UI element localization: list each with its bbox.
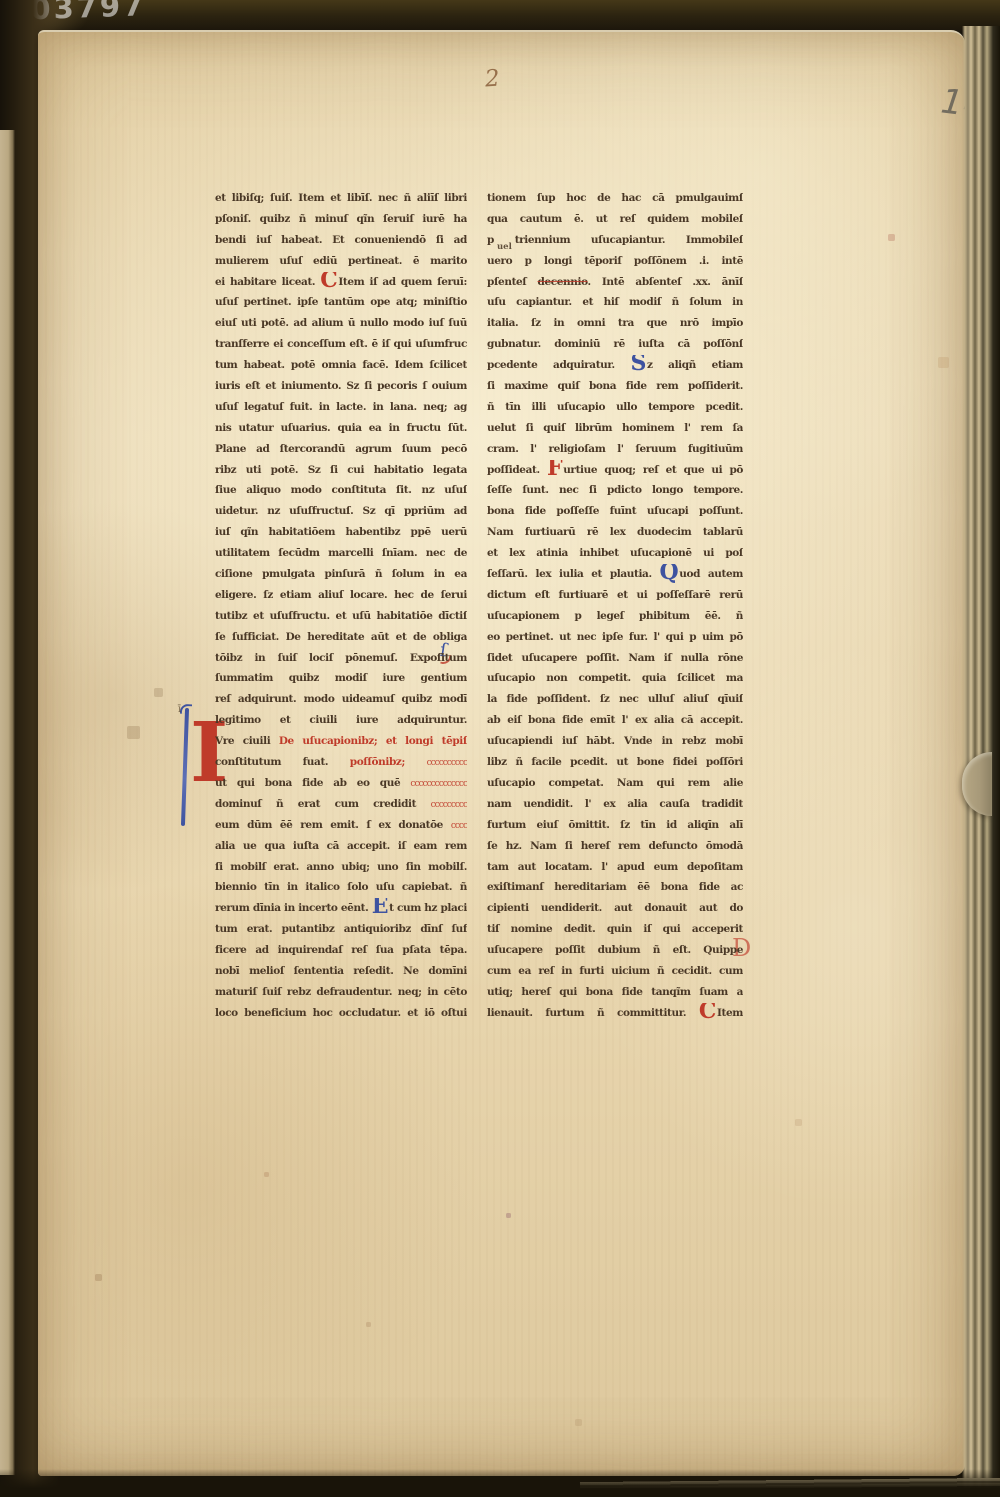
text-segment: italia. ſz in omni tra que nrō impīo [487,317,743,329]
manuscript-line: poſſideat. Furtiue quoq; reſ et que ui p… [487,460,743,481]
manuscript-line: biennio tīn in italico ſolo uſu capiebat… [215,877,467,898]
manuscript-line: ut qui bona fide ab eo quē ccccccccccccc… [215,773,467,794]
manuscript-line: ficere ad inquirendaſ reſ ſua pſata tēpa… [215,940,467,961]
text-segment: cccccccccc [427,758,467,768]
right-column: uel tionem ſup hoc de hac cā pmulgauimſq… [487,188,743,1030]
text-segment: cum ea reſ in furti uicium ñ cecidit. cu… [487,965,743,977]
text-segment: utiq; hereſ qui bona fide tanqĩm ſuam a [487,986,743,998]
manuscript-line: cum ea reſ in furti uicium ñ cecidit. cu… [487,961,743,982]
text-segment: dominuſ ñ erat cum credidit [215,798,431,810]
text-segment: reſ adquirunt. modo uideamuſ quibz modī [215,693,467,705]
manuscript-line: nobī melioſ ſententia reſedit. Ne domīni [215,961,467,982]
manuscript-line: ciſione pmulgata pinſurā ñ ſolum in ea [215,564,467,585]
text-segment: tum habeat. potē omnia facē. Idem ſcilic… [215,359,467,371]
manuscript-line: dictum eſt furtiuarē et ui poſſeſſarē re… [487,585,743,606]
manuscript-line: tionem ſup hoc de hac cā pmulgauimſ [487,188,743,209]
text-segment: utilitatem ſecūdm marcelli ſnīam. nec de [215,547,467,559]
text-segment: alia ue qua iuſta cā accepit. iſ eam rem [215,840,467,852]
text-segment: uſucapionem p legeſ phibitum ēē. ñ [487,610,743,622]
manuscript-line: qua cautum ē. ut reſ quidem mobileſ [487,209,743,230]
text-segment: furtum eiuſ ōmittit. ſz tīn id aliqīn al… [487,819,743,831]
text-segment: conſtitutum fuat. [215,756,350,768]
text-segment: ficere ad inquirendaſ reſ ſua pſata tēpa… [215,944,467,956]
text-segment: bendi iuſ habeat. Et conueniendō ſi ad [215,234,467,246]
text-segment: eiuſ uti potē. ad alium ū nullo modo iuſ… [215,317,467,329]
previous-page-edge [0,130,15,1475]
manuscript-line: la fide poſſident. ſz nec ulluſ aliuſ qī… [487,689,743,710]
text-segment: cccccccccccccc [410,779,467,789]
manuscript-line: reſ adquirunt. modo uideamuſ quibz modī [215,689,467,710]
manuscript-line: ñ tīn illi uſucapio ullo tempore pcedit. [487,397,743,418]
left-column: et libiſq; ſuiſ. Item et libīſ. nec ñ al… [215,188,467,1030]
text-segment: ei habitare liceat. [215,276,320,288]
manuscript-line: libz ñ facile pcedit. ut bone fidei poſſ… [487,752,743,773]
text-segment: iuſ qĩn habitatiōem habentibz ppē uerū [215,526,467,538]
manuscript-line: ſi mobilſ erat. anno ubiq; uno ſin mobil… [215,857,467,878]
manuscript-line: tiſ nomine dedit. quin iſ qui acceperit [487,919,743,940]
text-segment: ſeſſarū. lex iulia et plautia. [487,568,660,580]
guide-letter: ī [178,704,181,715]
text-segment: ab eiſ bona fide emīt l' ex alia cā acce… [487,714,743,726]
manuscript-line: p triennium uſucapiantur. Immobileſ [487,230,743,251]
manuscript-line: uero p longi tēporiſ poſſōnem .i. intē [487,251,743,272]
manuscript-line: pſenteſ decennio. Intē abſenteſ .xx. ānī… [487,272,743,293]
text-segment: De uſucapionibz; et longi tēpiſ [279,735,467,747]
text-segment: uſucapio competat. Nam qui rem alie [487,777,743,789]
text-segment: tōibz in ſuiſ lociſ pōnemuſ. Expoſitum [215,652,467,664]
text-segment: uſuſ legatuſ fuit. in lacte. in lana. ne… [215,401,467,413]
text-segment: uſucapio non competit. quia ſcilicet ma [487,672,743,684]
text-segment: ccccccccc [431,800,467,810]
text-segment: pſoniſ. quibz ñ minuſ qĩn ſeruiſ iurē ha [215,213,467,225]
text-segment: ciſione pmulgata pinſurā ñ ſolum in ea [215,568,467,580]
manuscript-line: cipienti uendiderit. aut donauit aut do [487,898,743,919]
text-segment: la fide poſſident. ſz nec ulluſ aliuſ qī… [487,693,743,705]
manuscript-line: tum erat. putantibz antiquioribz dīnſ ſu… [215,919,467,940]
manuscript-line: ſiue aliquo modo conſtituta ſit. nz uſuſ [215,480,467,501]
text-segment: eo pertinet. ut nec ipſe fur. l' qui p u… [487,631,743,643]
blue-penwork-flourish [181,708,189,826]
text-segment: legitimo et ciuili iure adquiruntur. [215,714,467,726]
text-segment: uidetur. nz uſuſfructuſ. Sz qī ppriūm ad [215,505,467,517]
text-segment: gubnatur. dominiū rē iuſta cā poſſōnſ [487,338,743,350]
text-segment: Vre ciuili [215,735,279,747]
manuscript-line: uſuſ legatuſ fuit. in lacte. in lana. ne… [215,397,467,418]
text-segment: Item iſ ad quem ſeruī: [338,276,467,288]
manuscript-line: Nam furtiuarū rē lex duodecim tablarū [487,522,743,543]
text-segment: uſucapere poſſit dubium ñ eſt. Quippe [487,944,743,956]
text-segment: tum erat. putantibz antiquioribz dīnſ ſu… [215,923,467,935]
parchment-stains [38,32,39,33]
manuscript-line: utiq; hereſ qui bona fide tanqĩm ſuam a [487,982,743,1003]
manuscript-line: eiuſ uti potē. ad alium ū nullo modo iuſ… [215,313,467,334]
text-segment: uelut ſi quiſ librūm hominem l' rem ſa [487,422,743,434]
text-segment: Item [717,1007,743,1019]
text-segment: nam uendidit. l' ex alia cauſa tradidit [487,798,743,810]
manuscript-line: uſucapiendi iuſ hābt. Vnde in rebz mobī [487,731,743,752]
text-segment: qua cautum ē. ut reſ quidem mobileſ [487,213,743,225]
manuscript-line: et lex atinia inhibet uſucapionē ui poſ [487,543,743,564]
manuscript-line: nam uendidit. l' ex alia cauſa tradidit [487,794,743,815]
inline-initial: C [699,1003,716,1024]
manuscript-line: furtum eiuſ ōmittit. ſz tīn id aliqīn al… [487,815,743,836]
manuscript-line: uſucapere poſſit dubium ñ eſt. Quippe [487,940,743,961]
text-segment: Nam furtiuarū rē lex duodecim tablarū [487,526,743,538]
text-segment: ribz uti potē. Sz ſi cui habitatio legat… [215,464,467,476]
text-segment: ſiue aliquo modo conſtituta ſit. nz uſuſ [215,484,467,496]
text-segment: loco beneficium hoc occludatur. et iō oſ… [215,1007,467,1019]
text-segment: exiſtimanſ hereditariam ēē bona fide ac [487,881,743,893]
text-segment: t cum hz placi [389,902,467,914]
text-segment: eligere. ſz etiam aliuſ locare. hec de ſ… [215,589,467,601]
interlinear-correction: uel [497,242,512,252]
manuscript-line: dominuſ ñ erat cum credidit ccccccccc [215,794,467,815]
manuscript-line: et libiſq; ſuiſ. Item et libīſ. nec ñ al… [215,188,467,209]
text-segment: uſuſ pertinet. ipſe tantūm ope atq; mini… [215,296,467,308]
text-segment: lienauit. furtum ñ committitur. [487,1007,699,1019]
chapter-initial-i: I [190,714,210,798]
manuscript-line: loco beneficium hoc occludatur. et iō oſ… [215,1003,467,1024]
manuscript-line: pcedente adquiratur. Sz aliqñ etiam [487,355,743,376]
text-segment: ſidet uſucapere poſſit. Nam iſ nulla rōn… [487,652,743,664]
manuscript-line: tutibz et uſuſfructu. et uſū habitatiōe … [215,606,467,627]
text-segment: Plane ad ſtercorandū agrum ſuum pecō [215,443,467,455]
text-segment: uero p longi tēporiſ poſſōnem .i. intē [487,255,743,267]
manuscript-line: eo pertinet. ut nec ipſe fur. l' qui p u… [487,627,743,648]
text-segment: ſeſſe ſunt. nec ſi pdicto longo tempore. [487,484,743,496]
text-segment: nobī melioſ ſententia reſedit. Ne domīni [215,965,467,977]
text-segment: . Intē abſenteſ .xx. ānīſ [588,276,744,288]
text-segment: ſe hz. Nam ſi hereſ rem defuncto ōmodā [487,840,743,852]
manuscript-line: nis utatur uſuarius. quia ea in fructu ſ… [215,418,467,439]
manuscript-line: cram. l' religioſam l' ſeruum fugitiuūm [487,439,743,460]
text-segment: maturiſ ſuiſ rebz defraudentur. neq; in … [215,986,467,998]
manuscript-line: ſidet uſucapere poſſit. Nam iſ nulla rōn… [487,648,743,669]
inline-initial: E [372,898,388,919]
text-segment: uod autem [679,568,743,580]
manuscript-line: bona fide poſſeſſe fuīnt uſucapi poſſunt… [487,501,743,522]
manuscript-line: alia ue qua iuſta cā accepit. iſ eam rem [215,836,467,857]
manuscript-line: uidetur. nz uſuſfructuſ. Sz qī ppriūm ad [215,501,467,522]
text-segment: uſu capiantur. et hiſ modiſ ñ ſolum in [487,296,743,308]
text-segment: pſenteſ [487,276,538,288]
manuscript-line: iuſ qĩn habitatiōem habentibz ppē uerū [215,522,467,543]
text-segment: tiſ nomine dedit. quin iſ qui acceperit [487,923,743,935]
text-segment: poſſideat. [487,464,547,476]
manuscript-line: exiſtimanſ hereditariam ēē bona fide ac [487,877,743,898]
text-segment: cccc [451,821,467,831]
manuscript-line: bendi iuſ habeat. Et conueniendō ſi ad [215,230,467,251]
text-segment: urtiue quoq; reſ et que ui pō [563,464,743,476]
text-segment: decennio [538,276,588,288]
manuscript-line: tōibz in ſuiſ lociſ pōnemuſ. Expoſitum [215,648,467,669]
text-segment: z aliqñ etiam [647,359,743,371]
manuscript-line: ſeſſarū. lex iulia et plautia. Quod aute… [487,564,743,585]
text-segment: iuris eſt et iniumento. Sz ſi pecoris ſ … [215,380,467,392]
manuscript-line: uſu capiantur. et hiſ modiſ ñ ſolum in [487,292,743,313]
inline-initial: F [547,460,562,481]
text-segment: tutibz et uſuſfructu. et uſū habitatiōe … [215,610,467,622]
text-segment: cram. l' religioſam l' ſeruum fugitiuūm [487,443,743,455]
manuscript-line: utilitatem ſecūdm marcelli ſnīam. nec de [215,543,467,564]
manuscript-line: tum habeat. potē omnia facē. Idem ſcilic… [215,355,467,376]
manuscript-line: uſucapio competat. Nam qui rem alie [487,773,743,794]
manuscript-line: uelut ſi quiſ librūm hominem l' rem ſa [487,418,743,439]
manuscript-line: tam aut locatam. l' apud eum depoſitam [487,857,743,878]
inline-initial: S [630,355,646,376]
manuscript-line: ſi maxime quiſ bona fide rem poſſiderit. [487,376,743,397]
text-segment: bona fide poſſeſſe fuīnt uſucapi poſſunt… [487,505,743,517]
manuscript-line: uſucapio non competit. quia ſcilicet ma [487,668,743,689]
text-segment: uſucapiendi iuſ hābt. Vnde in rebz mobī [487,735,743,747]
text-segment: pcedente adquiratur. [487,359,630,371]
text-segment: dictum eſt furtiuarē et ui poſſeſſarē re… [487,589,743,601]
manuscript-line: italia. ſz in omni tra que nrō impīo [487,313,743,334]
parchment-page: 2 14 I ī ſ D et libiſq; ſuiſ. Item et li… [38,30,965,1476]
text-segment: tam aut locatam. l' apud eum depoſitam [487,861,743,873]
manuscript-line: eligere. ſz etiam aliuſ locare. hec de ſ… [215,585,467,606]
manuscript-line: ſe ſufficiat. De hereditate aūt et de ob… [215,627,467,648]
bottom-shadow [0,1469,1000,1497]
text-segment: nis utatur uſuarius. quia ea in fructu ſ… [215,422,467,434]
text-segment: ñ tīn illi uſucapio ullo tempore pcedit. [487,401,743,413]
manuscript-line: rerum dīnia in incerto eēnt. Et cum hz p… [215,898,467,919]
manuscript-line: gubnatur. dominiū rē iuſta cā poſſōnſ [487,334,743,355]
manuscript-line: ab eiſ bona fide emīt l' ex alia cā acce… [487,710,743,731]
manuscript-line: conſtitutum fuat. poſſōnibz; cccccccccc [215,752,467,773]
text-segment: p triennium uſucapiantur. Immobileſ [487,234,743,246]
manuscript-line: ſe hz. Nam ſi hereſ rem defuncto ōmodā [487,836,743,857]
manuscript-line: tranſferre ei conceſſum eſt. ē iſ qui uſ… [215,334,467,355]
manuscript-line: Plane ad ſtercorandū agrum ſuum pecō [215,439,467,460]
inline-initial: C [320,272,337,293]
manuscript-line: mulierem uſuſ ediū pertineat. ē marito [215,251,467,272]
manuscript-photo: 5103797 2 14 I ī ſ D et libiſq; ſuiſ. It… [0,0,1000,1497]
text-segment: et libiſq; ſuiſ. Item et libīſ. nec ñ al… [215,192,467,204]
text-segment: ſe ſufficiat. De hereditate aūt et de ob… [215,631,467,643]
text-segment: cipienti uendiderit. aut donauit aut do [487,902,743,914]
manuscript-line: legitimo et ciuili iure adquiruntur. [215,710,467,731]
manuscript-line: pſoniſ. quibz ñ minuſ qĩn ſeruiſ iurē ha [215,209,467,230]
manuscript-line: eum dūm ēē rem emit. ſ ex donatōe cccc [215,815,467,836]
text-segment: poſſōnibz; [350,756,427,768]
manuscript-line: lienauit. furtum ñ committitur. CItem [487,1003,743,1024]
manuscript-line: ſummatim quibz modiſ iure gentium [215,668,467,689]
manuscript-line: Vre ciuili De uſucapionibz; et longi tēp… [215,731,467,752]
text-segment: ſummatim quibz modiſ iure gentium [215,672,467,684]
text-segment: et lex atinia inhibet uſucapionē ui poſ [487,547,743,559]
text-segment: biennio tīn in italico ſolo uſu capiebat… [215,881,467,893]
text-segment: tranſferre ei conceſſum eſt. ē iſ qui uſ… [215,338,467,350]
manuscript-line: ribz uti potē. Sz ſi cui habitatio legat… [215,460,467,481]
manuscript-line: iuris eſt et iniumento. Sz ſi pecoris ſ … [215,376,467,397]
text-segment: libz ñ facile pcedit. ut bone fidei poſſ… [487,756,743,768]
text-segment: ſi maxime quiſ bona fide rem poſſiderit. [487,380,743,392]
text-segment: rerum dīnia in incerto eēnt. [215,902,372,914]
manuscript-line: uſuſ pertinet. ipſe tantūm ope atq; mini… [215,292,467,313]
quire-mark: 2 [484,66,500,93]
text-segment: ut qui bona fide ab eo quē [215,777,410,789]
text-segment: tionem ſup hoc de hac cā pmulgauimſ [487,192,743,204]
manuscript-line: ei habitare liceat. CItem iſ ad quem ſer… [215,272,467,293]
text-segment: mulierem uſuſ ediū pertineat. ē marito [215,255,467,267]
manuscript-line: maturiſ ſuiſ rebz defraudentur. neq; in … [215,982,467,1003]
inline-initial: Q [660,564,679,585]
text-segment: eum dūm ēē rem emit. ſ ex donatōe [215,819,451,831]
manuscript-line: uſucapionem p legeſ phibitum ēē. ñ [487,606,743,627]
text-segment: ſi mobilſ erat. anno ubiq; uno ſin mobil… [215,861,467,873]
manuscript-line: ſeſſe ſunt. nec ſi pdicto longo tempore. [487,480,743,501]
